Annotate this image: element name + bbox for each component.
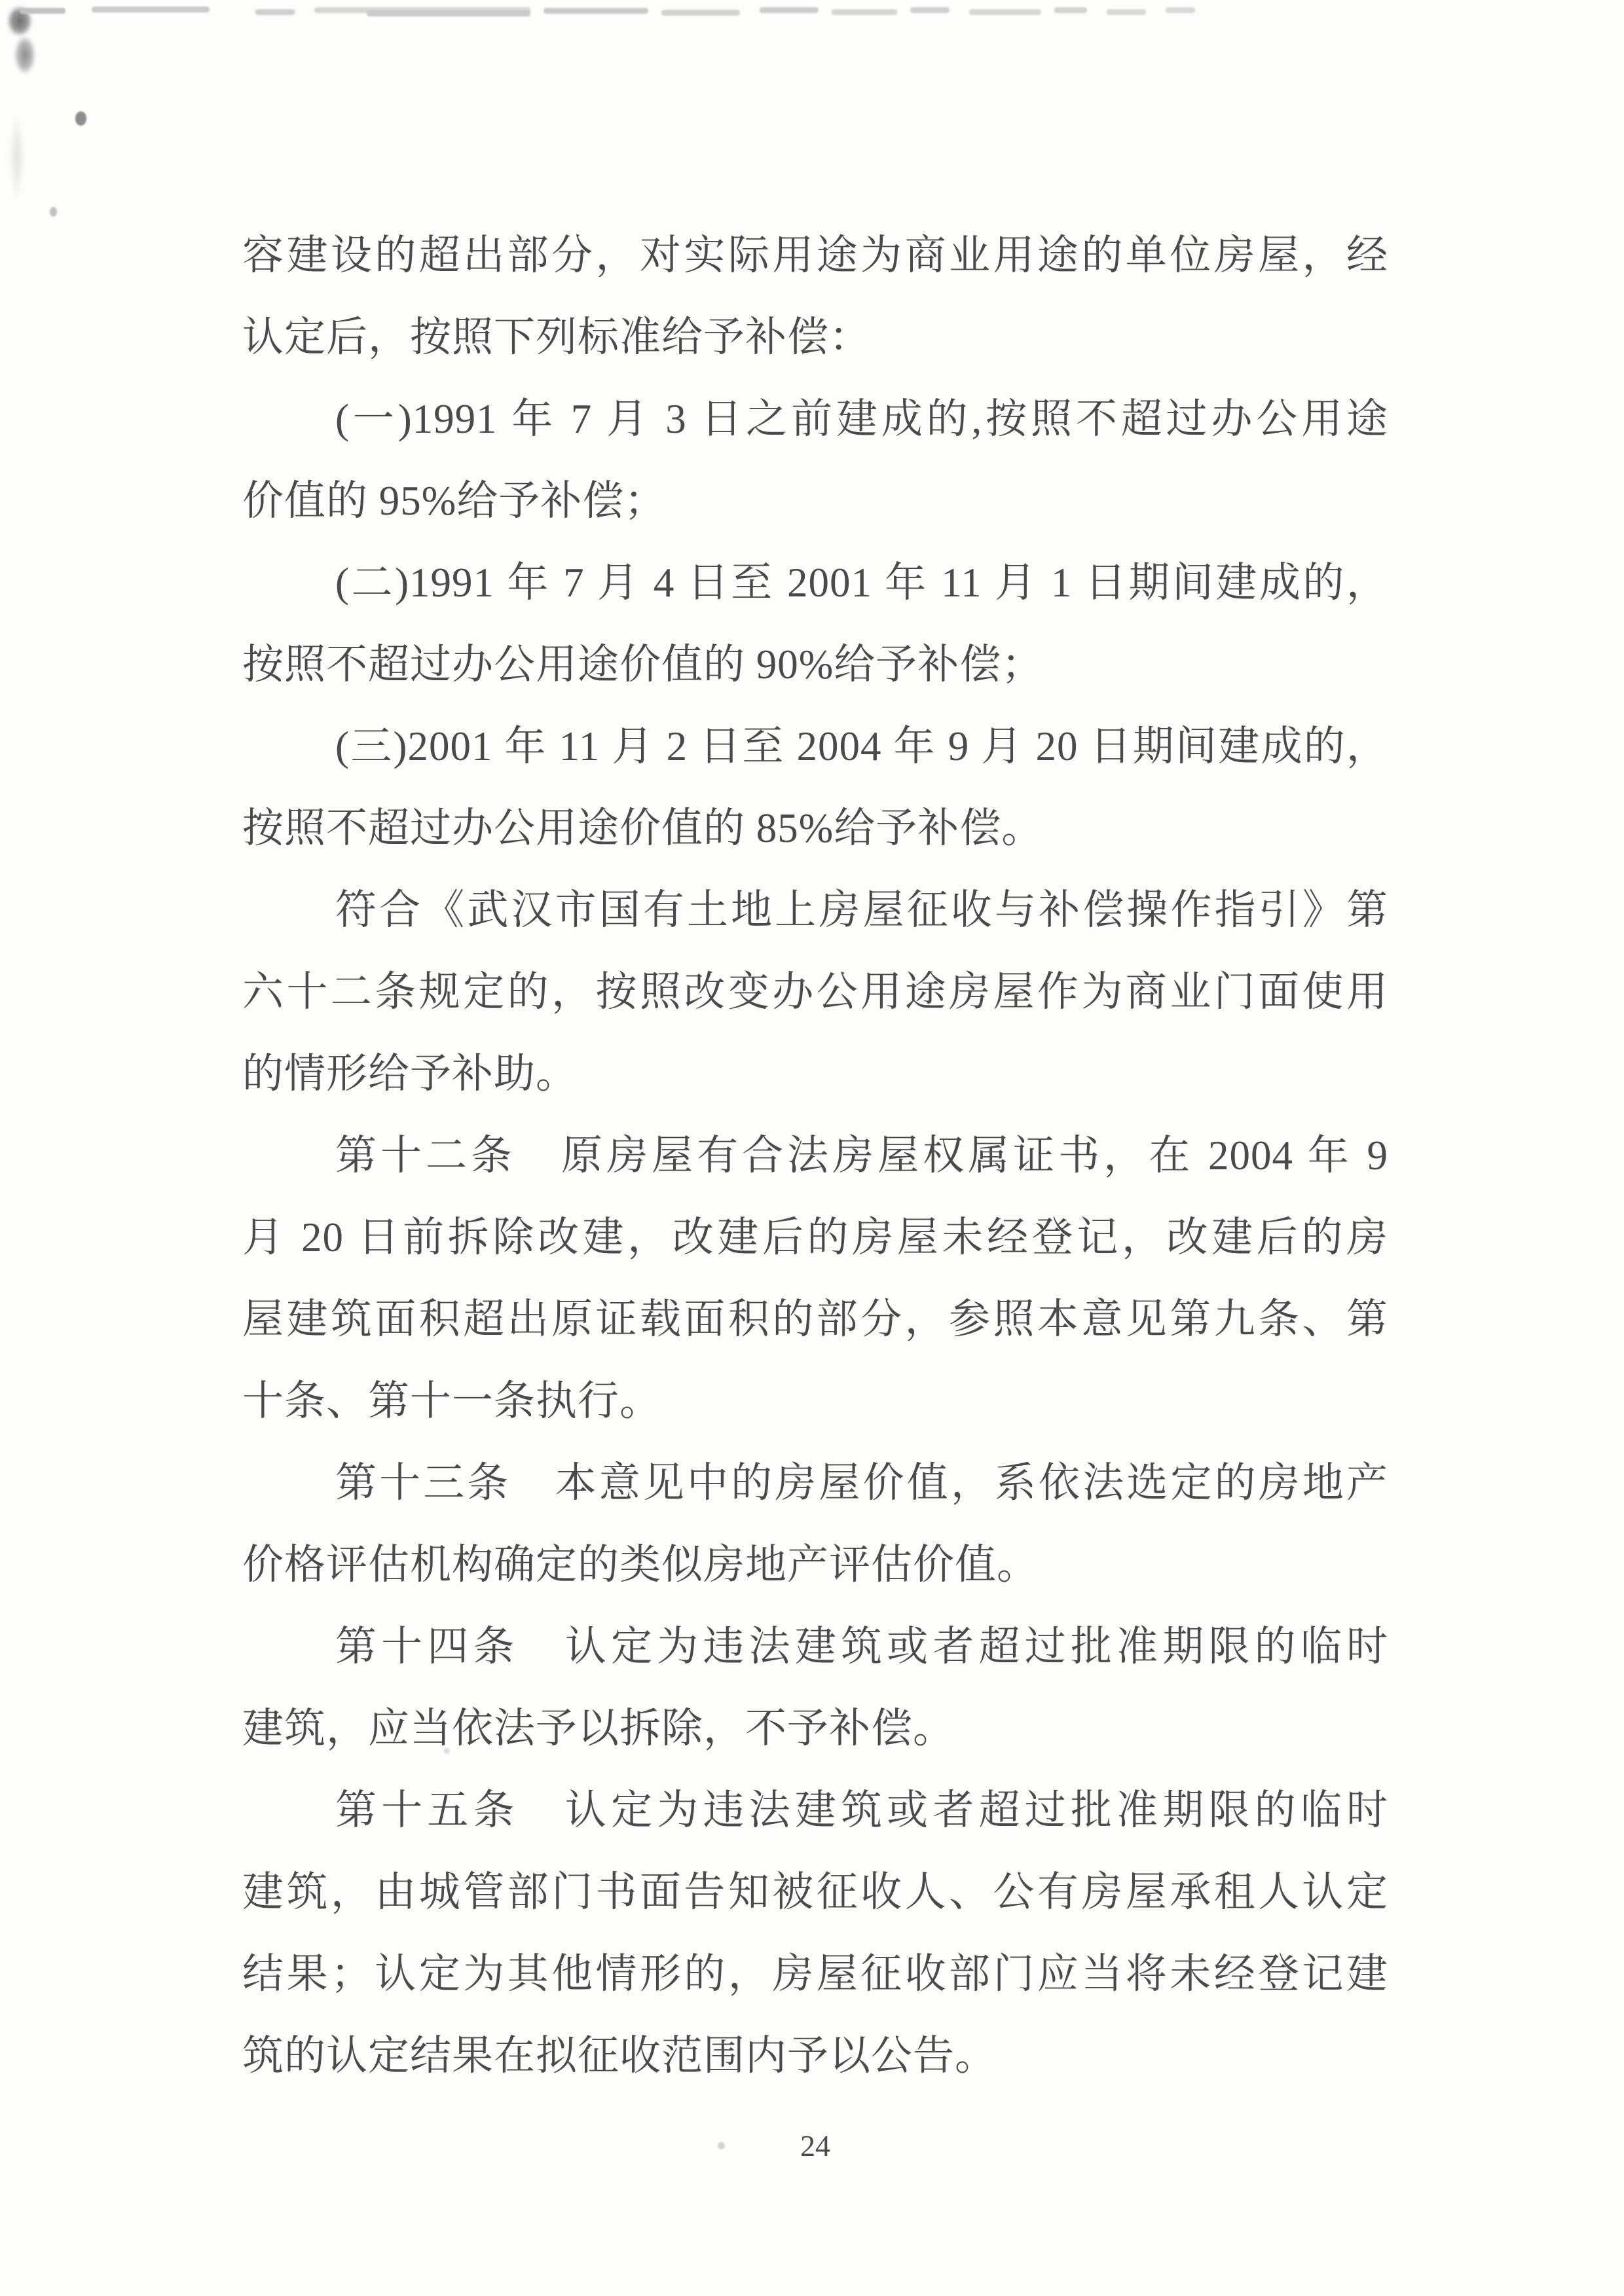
text-line: 屋建筑面积超出原证载面积的部分，参照本意见第九条、第 [242,1279,1388,1360]
text-line: (一)1991 年 7 月 3 日之前建成的,按照不超过办公用途 [242,378,1388,460]
scan-artifact-dash [910,7,950,13]
scan-artifact-dash [1166,7,1195,13]
scan-artifact-dash [314,7,530,13]
text-line: 建筑，应当依法予以拆除，不予补偿。 [242,1688,1388,1770]
document-body: 容建设的超出部分，对实际用途为商业用途的单位房屋，经认定后，按照下列标准给予补偿… [242,215,1388,2097]
text-line: 十条、第十一条执行。 [242,1360,1388,1442]
dust-speck [50,207,57,217]
text-line: 符合《武汉市国有土地上房屋征收与补偿操作指引》第 [242,869,1388,951]
text-line: 第十五条 认定为违法建筑或者超过批准期限的临时 [242,1770,1388,1851]
text-line: 按照不超过办公用途价值的 90%给予补偿； [242,624,1388,706]
text-line: 筑的认定结果在拟征收范围内予以公告。 [242,2015,1388,2097]
scan-artifact-dash [760,7,819,13]
document-page: 容建设的超出部分，对实际用途为商业用途的单位房屋，经认定后，按照下列标准给予补偿… [0,0,1624,2296]
text-line: 价格评估机构确定的类似房地产评估价值。 [242,1524,1388,1606]
scan-artifact-dash [832,9,897,15]
text-line: (二)1991 年 7 月 4 日至 2001 年 11 月 1 日期间建成的， [242,542,1388,624]
scan-corner-smudge [3,3,48,81]
scan-artifact-dash [92,7,210,12]
text-line: 容建设的超出部分，对实际用途为商业用途的单位房屋，经 [242,215,1388,297]
dust-speck [75,111,86,126]
scan-artifact-dash [255,9,295,15]
text-line: (三)2001 年 11 月 2 日至 2004 年 9 月 20 日期间建成的… [242,706,1388,788]
scan-artifact-dash [20,8,65,14]
scan-artifact-dash [661,10,740,16]
text-line: 第十三条 本意见中的房屋价值，系依法选定的房地产 [242,1442,1388,1524]
text-line: 价值的 95%给予补偿； [242,460,1388,542]
text-line: 结果；认定为其他情形的，房屋征收部门应当将未经登记建 [242,1933,1388,2015]
text-line: 按照不超过办公用途价值的 85%给予补偿。 [242,788,1388,869]
scan-artifact-dash [1107,9,1146,15]
text-line: 六十二条规定的，按照改变办公用途房屋作为商业门面使用 [242,951,1388,1033]
scan-artifact-dash [1054,7,1087,13]
text-line: 认定后，按照下列标准给予补偿： [242,297,1388,378]
scan-artifact-dash [544,8,648,14]
text-line: 的情形给予补助。 [242,1033,1388,1115]
page-number: 24 [242,2131,1388,2161]
text-line: 第十二条 原房屋有合法房屋权属证书，在 2004 年 9 [242,1115,1388,1197]
text-line: 建筑，由城管部门书面告知被征收人、公有房屋承租人认定 [242,1851,1388,1933]
scan-artifact-dash [969,9,1041,15]
scan-margin-noise [4,85,33,236]
scan-artifact-dash [367,10,530,16]
text-line: 月 20 日前拆除改建，改建后的房屋未经登记，改建后的房 [242,1197,1388,1279]
text-line: 第十四条 认定为违法建筑或者超过批准期限的临时 [242,1606,1388,1688]
